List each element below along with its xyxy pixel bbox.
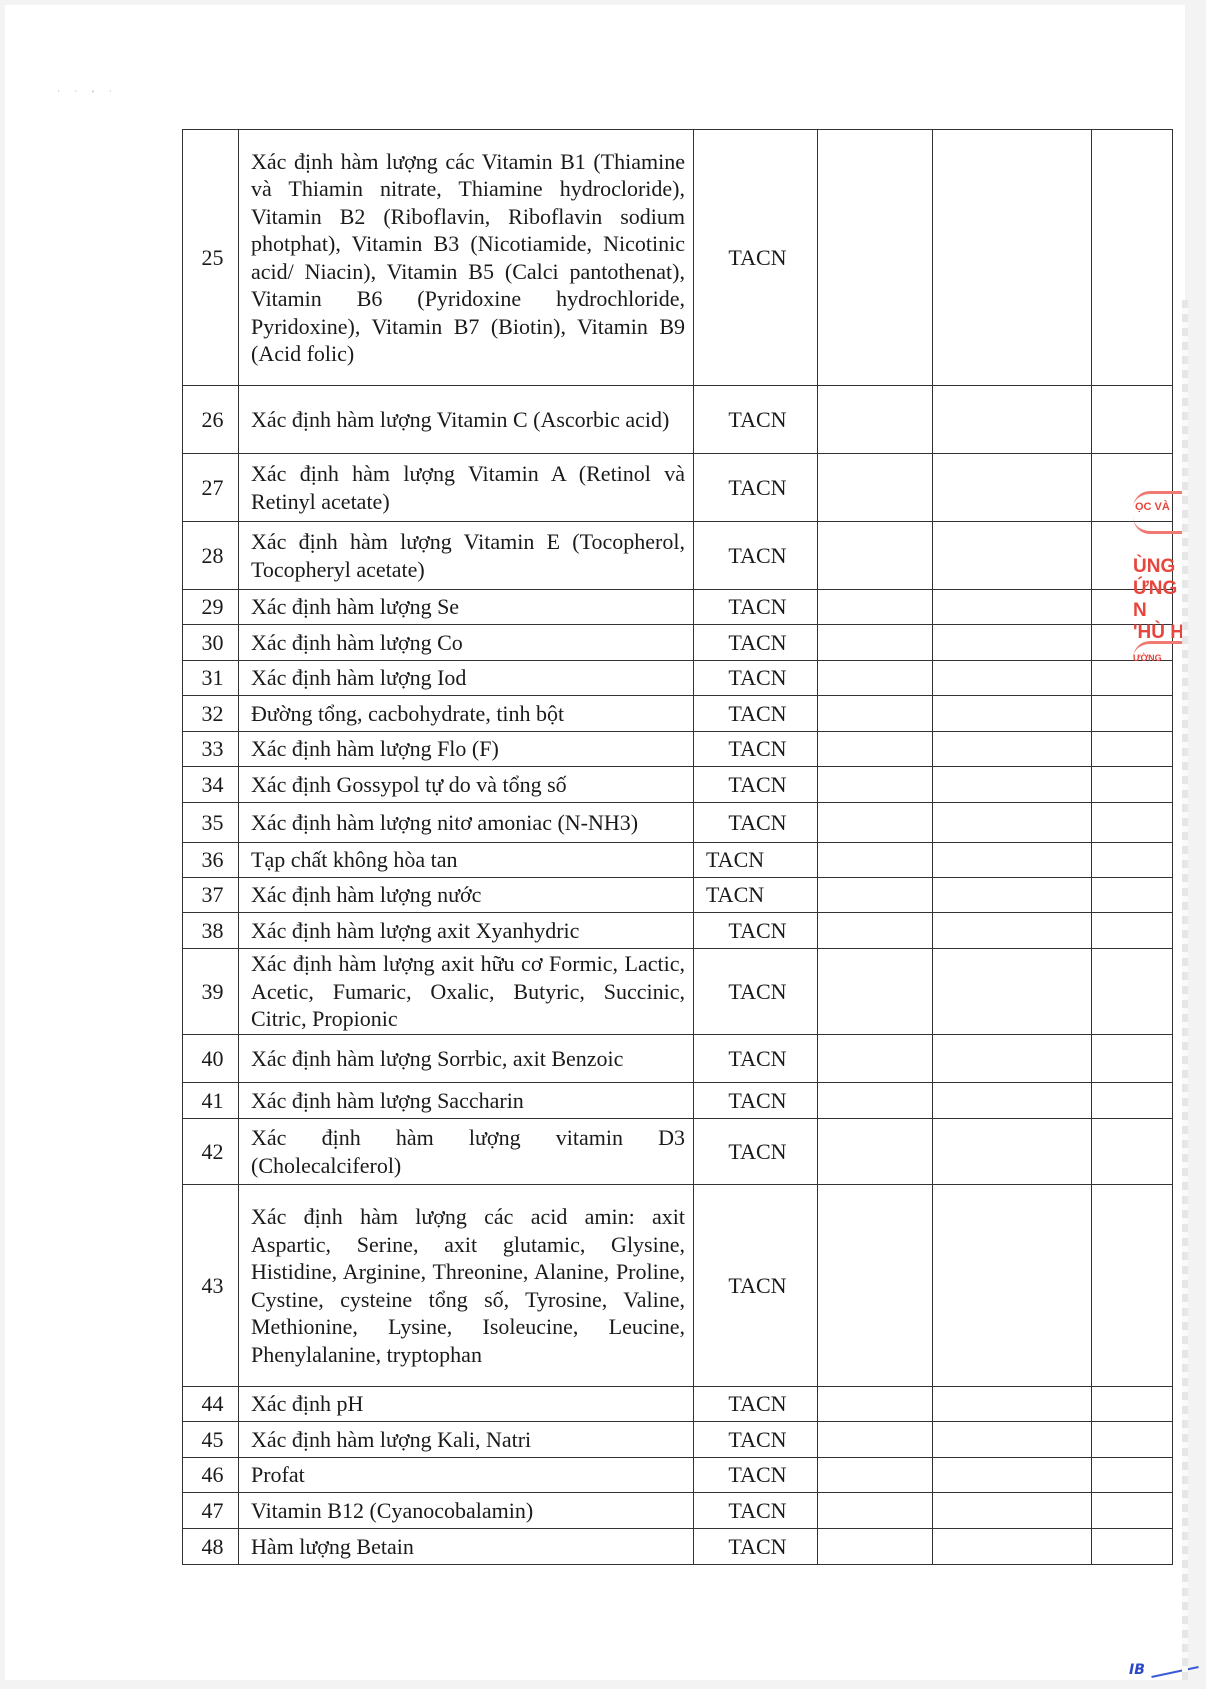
empty-cell-6 xyxy=(1092,1185,1173,1387)
empty-cell-6 xyxy=(1092,767,1173,803)
table-body: 25Xác định hàm lượng các Vitamin B1 (Thi… xyxy=(183,130,1173,1565)
empty-cell-6 xyxy=(1092,949,1173,1035)
empty-cell-5 xyxy=(933,130,1092,386)
test-name: Xác định pH xyxy=(239,1387,694,1422)
empty-cell-4 xyxy=(818,590,933,625)
test-name: Xác định hàm lượng Co xyxy=(239,625,694,661)
scope-cell: TACN xyxy=(694,590,818,625)
scope-cell: TACN xyxy=(694,1458,818,1493)
scope-cell: TACN xyxy=(694,1493,818,1529)
scope-cell: TACN xyxy=(694,949,818,1035)
test-name: Vitamin B12 (Cyanocobalamin) xyxy=(239,1493,694,1529)
empty-cell-5 xyxy=(933,1185,1092,1387)
empty-cell-4 xyxy=(818,1185,933,1387)
stamp-line-2: ÙNG xyxy=(1133,556,1185,578)
empty-cell-4 xyxy=(818,767,933,803)
row-number: 36 xyxy=(183,843,239,878)
test-name: Xác định hàm lượng Kali, Natri xyxy=(239,1422,694,1458)
empty-cell-5 xyxy=(933,1529,1092,1565)
test-name: Hàm lượng Betain xyxy=(239,1529,694,1565)
empty-cell-4 xyxy=(818,625,933,661)
scope-cell: TACN xyxy=(694,1083,818,1119)
table-row: 46ProfatTACN xyxy=(183,1458,1173,1493)
empty-cell-5 xyxy=(933,732,1092,767)
empty-cell-4 xyxy=(818,732,933,767)
row-number: 27 xyxy=(183,454,239,522)
row-number: 25 xyxy=(183,130,239,386)
row-number: 30 xyxy=(183,625,239,661)
table-row: 25Xác định hàm lượng các Vitamin B1 (Thi… xyxy=(183,130,1173,386)
row-number: 35 xyxy=(183,803,239,843)
table-row: 40Xác định hàm lượng Sorrbic, axit Benzo… xyxy=(183,1035,1173,1083)
empty-cell-5 xyxy=(933,661,1092,696)
scope-cell: TACN xyxy=(694,803,818,843)
table-row: 37Xác định hàm lượng nướcTACN xyxy=(183,878,1173,913)
empty-cell-5 xyxy=(933,949,1092,1035)
scope-cell: TACN xyxy=(694,1035,818,1083)
empty-cell-5 xyxy=(933,767,1092,803)
test-name: Tạp chất không hòa tan xyxy=(239,843,694,878)
test-name: Đường tổng, cacbohydrate, tinh bột xyxy=(239,696,694,732)
empty-cell-6 xyxy=(1092,1422,1173,1458)
empty-cell-6 xyxy=(1092,913,1173,949)
row-number: 40 xyxy=(183,1035,239,1083)
red-seal-stamp: ỌC VÀ ÙNG ỨNG N 'HÙ H ƯỜNG xyxy=(1133,491,1185,691)
empty-cell-6 xyxy=(1092,1083,1173,1119)
empty-cell-6 xyxy=(1092,732,1173,767)
empty-cell-5 xyxy=(933,696,1092,732)
table-row: 43Xác định hàm lượng các acid amin: axit… xyxy=(183,1185,1173,1387)
empty-cell-5 xyxy=(933,1493,1092,1529)
scope-cell: TACN xyxy=(694,1529,818,1565)
empty-cell-4 xyxy=(818,386,933,454)
scope-cell: TACN xyxy=(694,522,818,590)
table-row: 34Xác định Gossypol tự do và tổng sốTACN xyxy=(183,767,1173,803)
test-name: Xác định hàm lượng Vitamin E (Tocopherol… xyxy=(239,522,694,590)
empty-cell-4 xyxy=(818,949,933,1035)
test-name: Profat xyxy=(239,1458,694,1493)
empty-cell-5 xyxy=(933,803,1092,843)
test-methods-table: 25Xác định hàm lượng các Vitamin B1 (Thi… xyxy=(182,129,1173,1565)
empty-cell-4 xyxy=(818,1035,933,1083)
row-number: 28 xyxy=(183,522,239,590)
empty-cell-4 xyxy=(818,1083,933,1119)
empty-cell-4 xyxy=(818,843,933,878)
row-number: 29 xyxy=(183,590,239,625)
empty-cell-5 xyxy=(933,454,1092,522)
table-row: 28Xác định hàm lượng Vitamin E (Tocopher… xyxy=(183,522,1173,590)
empty-cell-4 xyxy=(818,1422,933,1458)
page-edge-shadow xyxy=(1182,300,1188,1680)
empty-cell-6 xyxy=(1092,803,1173,843)
empty-cell-5 xyxy=(933,1119,1092,1185)
test-name: Xác định hàm lượng các acid amin: axit A… xyxy=(239,1185,694,1387)
empty-cell-6 xyxy=(1092,1035,1173,1083)
table-row: 29Xác định hàm lượng SeTACN xyxy=(183,590,1173,625)
empty-cell-6 xyxy=(1092,130,1173,386)
table-row: 41Xác định hàm lượng SaccharinTACN xyxy=(183,1083,1173,1119)
table-row: 33Xác định hàm lượng Flo (F)TACN xyxy=(183,732,1173,767)
table-row: 44Xác định pHTACN xyxy=(183,1387,1173,1422)
test-name: Xác định hàm lượng Vitamin A (Retinol và… xyxy=(239,454,694,522)
scope-cell: TACN xyxy=(694,454,818,522)
table-row: 26Xác định hàm lượng Vitamin C (Ascorbic… xyxy=(183,386,1173,454)
scope-cell: TACN xyxy=(694,1422,818,1458)
row-number: 41 xyxy=(183,1083,239,1119)
table-row: 32Đường tổng, cacbohydrate, tinh bộtTACN xyxy=(183,696,1173,732)
table-row: 30Xác định hàm lượng CoTACN xyxy=(183,625,1173,661)
stamp-line-3: ỨNG N xyxy=(1133,578,1185,622)
empty-cell-5 xyxy=(933,1458,1092,1493)
stamp-text-2: ÙNG ỨNG N 'HÙ H xyxy=(1133,556,1185,644)
empty-cell-5 xyxy=(933,913,1092,949)
stamp-arc-mid xyxy=(1133,517,1185,534)
row-number: 42 xyxy=(183,1119,239,1185)
table-row: 27Xác định hàm lượng Vitamin A (Retinol … xyxy=(183,454,1173,522)
row-number: 31 xyxy=(183,661,239,696)
row-number: 45 xyxy=(183,1422,239,1458)
test-name: Xác định hàm lượng Saccharin xyxy=(239,1083,694,1119)
test-name: Xác định hàm lượng Sorrbic, axit Benzoic xyxy=(239,1035,694,1083)
empty-cell-4 xyxy=(818,803,933,843)
empty-cell-4 xyxy=(818,878,933,913)
empty-cell-5 xyxy=(933,1387,1092,1422)
empty-cell-4 xyxy=(818,522,933,590)
test-name: Xác định hàm lượng axit Xyanhydric xyxy=(239,913,694,949)
row-number: 46 xyxy=(183,1458,239,1493)
scope-cell: TACN xyxy=(694,1387,818,1422)
test-name: Xác định Gossypol tự do và tổng số xyxy=(239,767,694,803)
scope-cell: TACN xyxy=(694,1119,818,1185)
empty-cell-4 xyxy=(818,1458,933,1493)
table-row: 39Xác định hàm lượng axit hữu cơ Formic,… xyxy=(183,949,1173,1035)
empty-cell-6 xyxy=(1092,1529,1173,1565)
scope-cell: TACN xyxy=(694,843,818,878)
scope-cell: TACN xyxy=(694,767,818,803)
empty-cell-5 xyxy=(933,1035,1092,1083)
test-name: Xác định hàm lượng Iod xyxy=(239,661,694,696)
test-name: Xác định hàm lượng Se xyxy=(239,590,694,625)
empty-cell-5 xyxy=(933,843,1092,878)
test-name: Xác định hàm lượng các Vitamin B1 (Thiam… xyxy=(239,130,694,386)
scope-cell: TACN xyxy=(694,661,818,696)
empty-cell-5 xyxy=(933,590,1092,625)
empty-cell-4 xyxy=(818,1493,933,1529)
table-row: 35Xác định hàm lượng nitơ amoniac (N-NH3… xyxy=(183,803,1173,843)
table-row: 38Xác định hàm lượng axit XyanhydricTACN xyxy=(183,913,1173,949)
test-name: Xác định hàm lượng vitamin D3 (Cholecalc… xyxy=(239,1119,694,1185)
row-number: 39 xyxy=(183,949,239,1035)
scope-cell: TACN xyxy=(694,732,818,767)
row-number: 38 xyxy=(183,913,239,949)
empty-cell-6 xyxy=(1092,1458,1173,1493)
row-number: 33 xyxy=(183,732,239,767)
empty-cell-4 xyxy=(818,130,933,386)
empty-cell-5 xyxy=(933,878,1092,913)
row-number: 32 xyxy=(183,696,239,732)
empty-cell-6 xyxy=(1092,843,1173,878)
empty-cell-4 xyxy=(818,1119,933,1185)
document-page: ˙ ˙ ʼ ˙ 25Xác định hàm lượng các Vitamin… xyxy=(5,5,1185,1680)
scope-cell: TACN xyxy=(694,878,818,913)
empty-cell-4 xyxy=(818,696,933,732)
scope-cell: TACN xyxy=(694,1185,818,1387)
table-row: 48Hàm lượng BetainTACN xyxy=(183,1529,1173,1565)
empty-cell-6 xyxy=(1092,878,1173,913)
empty-cell-5 xyxy=(933,386,1092,454)
table-row: 31Xác định hàm lượng IodTACN xyxy=(183,661,1173,696)
empty-cell-6 xyxy=(1092,696,1173,732)
stamp-text-5: ƯỜNG xyxy=(1133,653,1162,663)
stamp-text-1: ỌC VÀ xyxy=(1135,501,1170,513)
scope-cell: TACN xyxy=(694,625,818,661)
table-row: 45Xác định hàm lượng Kali, NatriTACN xyxy=(183,1422,1173,1458)
empty-cell-4 xyxy=(818,1387,933,1422)
empty-cell-6 xyxy=(1092,1493,1173,1529)
empty-cell-4 xyxy=(818,1529,933,1565)
table-row: 42Xác định hàm lượng vitamin D3 (Choleca… xyxy=(183,1119,1173,1185)
signature-initials: IB xyxy=(1129,1662,1145,1678)
empty-cell-4 xyxy=(818,454,933,522)
empty-cell-5 xyxy=(933,1083,1092,1119)
test-name: Xác định hàm lượng nitơ amoniac (N-NH3) xyxy=(239,803,694,843)
empty-cell-5 xyxy=(933,625,1092,661)
table-row: 47Vitamin B12 (Cyanocobalamin)TACN xyxy=(183,1493,1173,1529)
row-number: 34 xyxy=(183,767,239,803)
test-name: Xác định hàm lượng Flo (F) xyxy=(239,732,694,767)
empty-cell-6 xyxy=(1092,1119,1173,1185)
test-name: Xác định hàm lượng Vitamin C (Ascorbic a… xyxy=(239,386,694,454)
scope-cell: TACN xyxy=(694,386,818,454)
row-number: 26 xyxy=(183,386,239,454)
empty-cell-5 xyxy=(933,522,1092,590)
row-number: 43 xyxy=(183,1185,239,1387)
empty-cell-6 xyxy=(1092,386,1173,454)
scope-cell: TACN xyxy=(694,696,818,732)
empty-cell-6 xyxy=(1092,1387,1173,1422)
scope-cell: TACN xyxy=(694,913,818,949)
empty-cell-4 xyxy=(818,661,933,696)
empty-cell-5 xyxy=(933,1422,1092,1458)
row-number: 48 xyxy=(183,1529,239,1565)
scan-specks: ˙ ˙ ʼ ˙ xyxy=(57,89,118,99)
row-number: 44 xyxy=(183,1387,239,1422)
table-row: 36Tạp chất không hòa tanTACN xyxy=(183,843,1173,878)
test-name: Xác định hàm lượng nước xyxy=(239,878,694,913)
scope-cell: TACN xyxy=(694,130,818,386)
empty-cell-4 xyxy=(818,913,933,949)
test-name: Xác định hàm lượng axit hữu cơ Formic, L… xyxy=(239,949,694,1035)
row-number: 37 xyxy=(183,878,239,913)
row-number: 47 xyxy=(183,1493,239,1529)
